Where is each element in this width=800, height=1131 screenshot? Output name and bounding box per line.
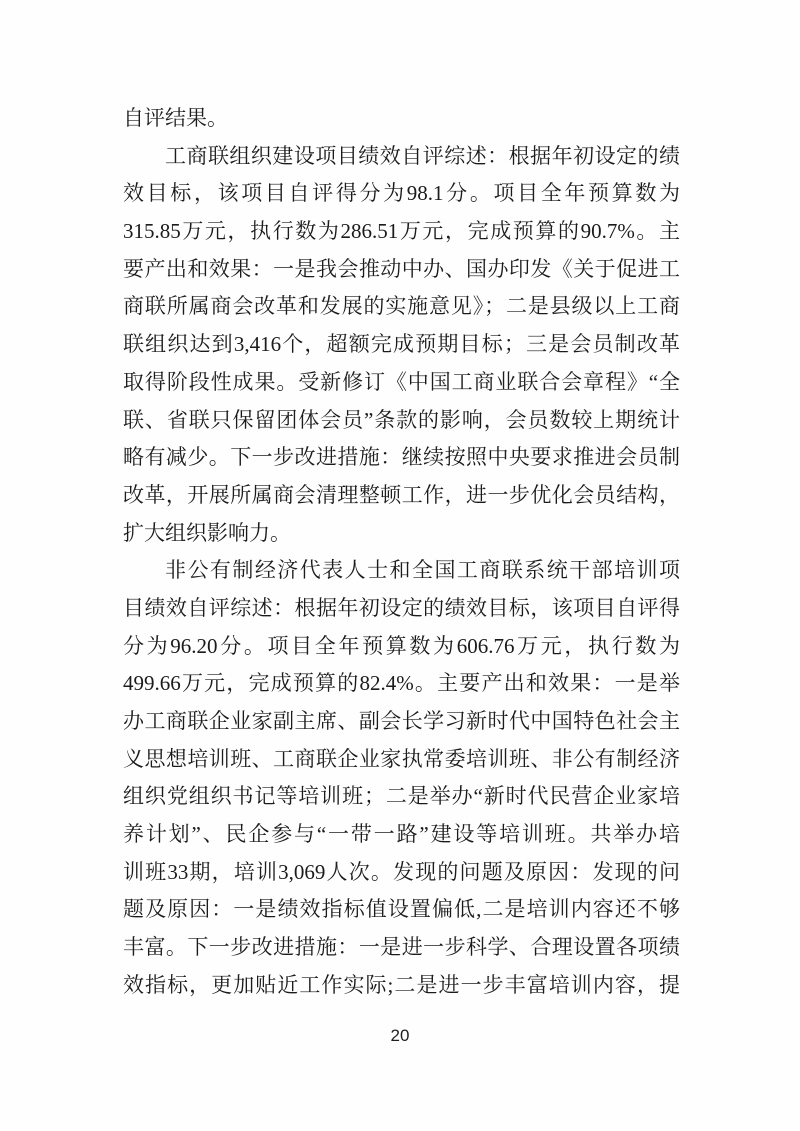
text-line: 联组织达到3,416个，超额完成预期目标；三是会员制改革 [123, 326, 680, 364]
text-line: 义思想培训班、工商联企业家执常委培训班、非公有制经济 [123, 741, 680, 779]
text-line: 效指标，更加贴近工作实际;二是进一步丰富培训内容，提 [123, 967, 680, 1005]
text-line: 目绩效自评综述：根据年初设定的绩效目标，该项目自评得 [123, 590, 680, 628]
text-line: 组织党组织书记等培训班；二是举办“新时代民营企业家培 [123, 778, 680, 816]
text-line: 联、省联只保留团体会员”条款的影响，会员数较上期统计 [123, 402, 680, 440]
text-line: 非公有制经济代表人士和全国工商联系统干部培训项 [123, 552, 680, 590]
text-line: 499.66万元，完成预算的82.4%。主要产出和效果：一是举 [123, 665, 680, 703]
text-line: 自评结果。 [123, 100, 680, 138]
document-body: 自评结果。 工商联组织建设项目绩效自评综述：根据年初设定的绩 效目标，该项目自评… [123, 100, 680, 1005]
text-line: 养计划”、民企参与“一带一路”建设等培训班。共举办培 [123, 816, 680, 854]
text-line: 分为96.20分。项目全年预算数为606.76万元，执行数为 [123, 628, 680, 666]
text-line: 题及原因：一是绩效指标值设置偏低,二是培训内容还不够 [123, 891, 680, 929]
text-line: 办工商联企业家副主席、副会长学习新时代中国特色社会主 [123, 703, 680, 741]
text-line: 商联所属商会改革和发展的实施意见》；二是县级以上工商 [123, 288, 680, 326]
text-line: 取得阶段性成果。受新修订《中国工商业联合会章程》“全 [123, 364, 680, 402]
text-line: 工商联组织建设项目绩效自评综述：根据年初设定的绩 [123, 138, 680, 176]
text-line: 丰富。下一步改进措施：一是进一步科学、合理设置各项绩 [123, 929, 680, 967]
text-line: 训班33期，培训3,069人次。发现的问题及原因：发现的问 [123, 854, 680, 892]
text-line: 要产出和效果：一是我会推动中办、国办印发《关于促进工 [123, 251, 680, 289]
text-line: 改革，开展所属商会清理整顿工作，进一步优化会员结构， [123, 477, 680, 515]
text-line: 扩大组织影响力。 [123, 515, 680, 553]
text-line: 效目标，该项目自评得分为98.1分。项目全年预算数为 [123, 175, 680, 213]
text-line: 315.85万元，执行数为286.51万元，完成预算的90.7%。主 [123, 213, 680, 251]
text-line: 略有减少。下一步改进措施：继续按照中央要求推进会员制 [123, 439, 680, 477]
page-number: 20 [0, 1026, 800, 1050]
document-page: 自评结果。 工商联组织建设项目绩效自评综述：根据年初设定的绩 效目标，该项目自评… [0, 0, 800, 1131]
